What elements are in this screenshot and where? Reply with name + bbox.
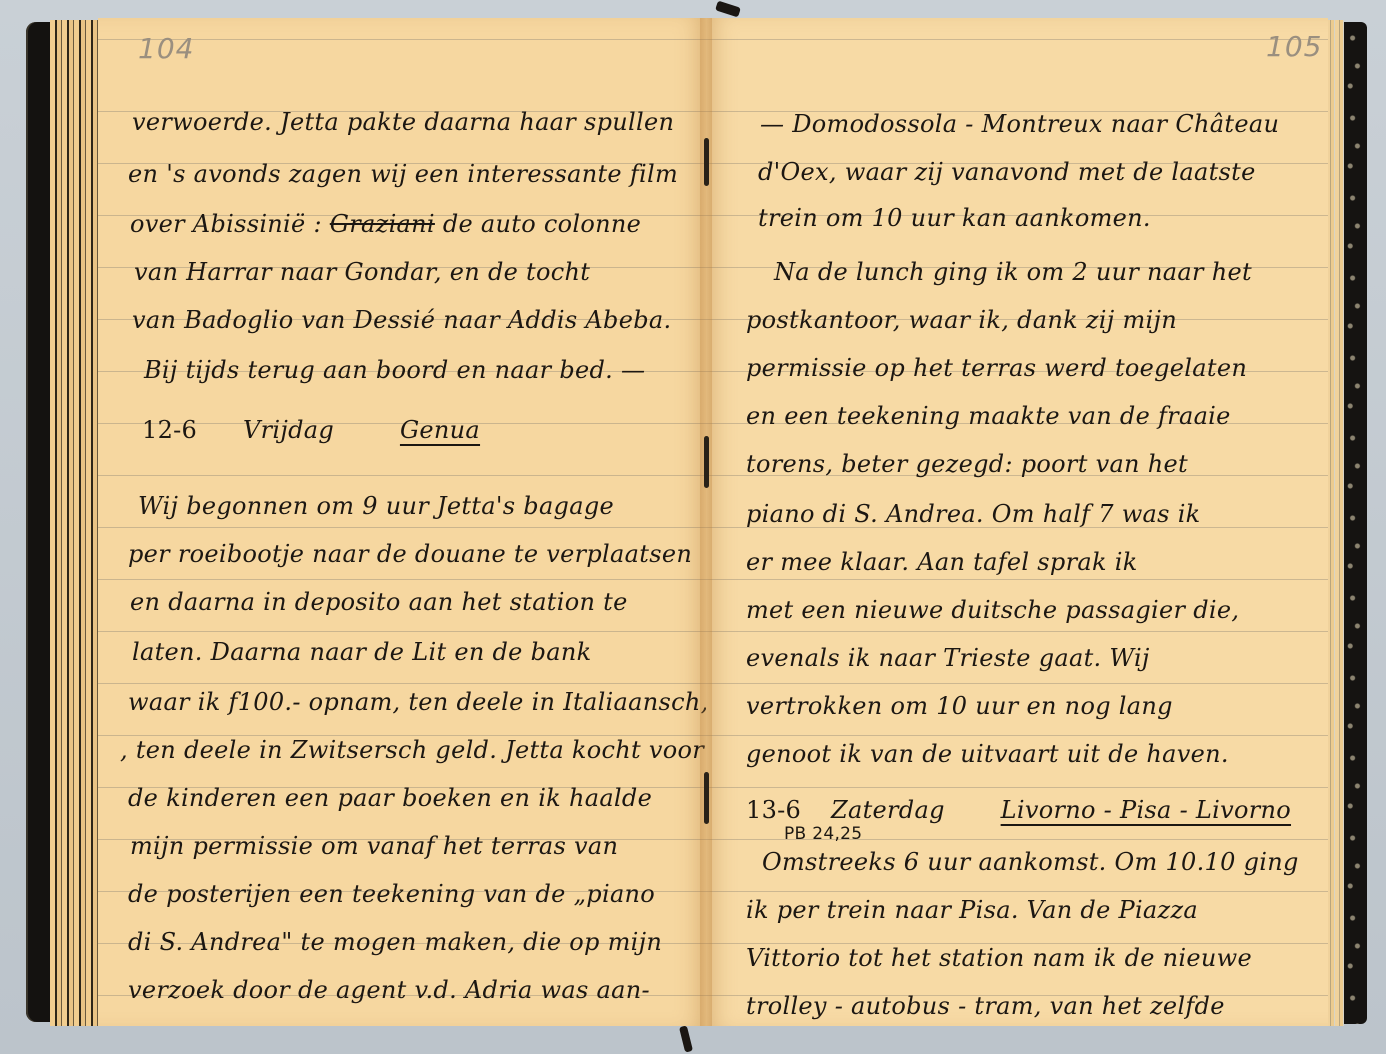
right-line-20: trolley - autobus - tram, van het zelfde	[746, 992, 1225, 1020]
right-line-3: trein om 10 uur kan aankomen.	[758, 204, 1151, 232]
entry-place: Genua	[400, 416, 480, 444]
right-line-17: Omstreeks 6 uur aankomst. Om 10.10 ging	[762, 848, 1299, 876]
left-line-17: mijn permissie om vanaf het terras van	[130, 832, 618, 860]
left-line-4: van Harrar naar Gondar, en de tocht	[134, 258, 590, 286]
open-notebook: 104 verwoerde. Jetta pakte daarna haar s…	[0, 0, 1386, 1054]
right-line-6: permissie op het terras werd toegelaten	[746, 354, 1247, 382]
right-page: 105 — Domodossola - Montreux naar Châtea…	[706, 18, 1328, 1026]
binding-stitch-1	[704, 138, 709, 186]
left-page: 104 verwoerde. Jetta pakte daarna haar s…	[98, 18, 706, 1026]
right-line-14: genoot ik van de uitvaart uit de haven.	[746, 740, 1229, 768]
left-line-19: di S. Andrea" te mogen maken, die op mij…	[128, 928, 662, 956]
entry-place: Livorno - Pisa - Livorno	[1001, 796, 1291, 824]
entry-weekday: Vrijdag	[243, 416, 334, 444]
right-line-8: torens, beter gezegd: poort van het	[746, 450, 1188, 478]
left-line-13: laten. Daarna naar de Lit en de bank	[132, 638, 592, 666]
right-line-9: piano di S. Andrea. Om half 7 was ik	[746, 500, 1201, 528]
right-line-10: er mee klaar. Aan tafel sprak ik	[746, 548, 1138, 576]
left-line-6: Bij tijds terug aan boord en naar bed. —	[144, 356, 645, 384]
right-line-2: d'Oex, waar zij vanavond met de laatste	[758, 158, 1256, 186]
right-line-7: en een teekening maakte van de fraaie	[746, 402, 1231, 430]
right-line-18: ik per trein naar Pisa. Van de Piazza	[746, 896, 1198, 924]
left-line-3-text: over Abissinië : Graziani de auto colonn…	[130, 210, 641, 238]
right-line-13: vertrokken om 10 uur en nog lang	[746, 692, 1173, 720]
binding-stitch-3	[704, 772, 709, 824]
left-line-15: , ten deele in Zwitsersch geld. Jetta ko…	[120, 736, 704, 764]
bookmark-ribbon-bottom	[679, 1025, 693, 1052]
entry-weekday: Zaterdag	[831, 796, 945, 824]
entry-date: 13-6	[746, 796, 801, 824]
left-line-14: waar ik f100.- opnam, ten deele in Itali…	[128, 688, 709, 716]
left-line-1: verwoerde. Jetta pakte daarna haar spull…	[132, 108, 674, 136]
left-line-18: de posterijen een teekening van de „pian…	[128, 880, 655, 908]
page-number-left: 104	[138, 32, 194, 65]
entry-date: 12-6	[142, 416, 197, 444]
right-line-1: — Domodossola - Montreux naar Château	[760, 110, 1279, 138]
right-line-5: postkantoor, waar ik, dank zij mijn	[746, 306, 1177, 334]
bookmark-ribbon-top	[715, 1, 741, 18]
left-line-16: de kinderen een paar boeken en ik haalde	[128, 784, 652, 812]
margin-annotation-pb: PB 24,25	[784, 824, 862, 844]
left-line-5: van Badoglio van Dessié naar Addis Abeba…	[132, 306, 671, 334]
page-number-right: 105	[1266, 30, 1322, 63]
right-line-4: Na de lunch ging ik om 2 uur naar het	[774, 258, 1252, 286]
right-page-stack	[1326, 20, 1344, 1026]
left-line-12: en daarna in deposito aan het station te	[130, 588, 628, 616]
left-line-20: verzoek door de agent v.d. Adria was aan…	[128, 976, 650, 1004]
right-line-11: met een nieuwe duitsche passagier die,	[746, 596, 1239, 624]
right-line-12: evenals ik naar Trieste gaat. Wij	[746, 644, 1150, 672]
left-line-2: en 's avonds zagen wij een interessante …	[128, 160, 678, 188]
left-line-3: over Abissinië : Graziani de auto colonn…	[130, 210, 641, 238]
entry-heading-12-6: 12-6 Vrijdag Genua	[142, 416, 480, 444]
binding-stitch-2	[704, 436, 709, 488]
left-line-10: Wij begonnen om 9 uur Jetta's bagage	[138, 492, 614, 520]
struck-word: Graziani	[330, 210, 435, 238]
left-line-11: per roeibootje naar de douane te verplaa…	[128, 540, 692, 568]
right-line-19: Vittorio tot het station nam ik de nieuw…	[746, 944, 1252, 972]
right-cover	[1343, 22, 1367, 1024]
entry-heading-13-6: 13-6 Zaterdag Livorno - Pisa - Livorno	[746, 796, 1291, 824]
left-page-stack	[50, 20, 100, 1026]
